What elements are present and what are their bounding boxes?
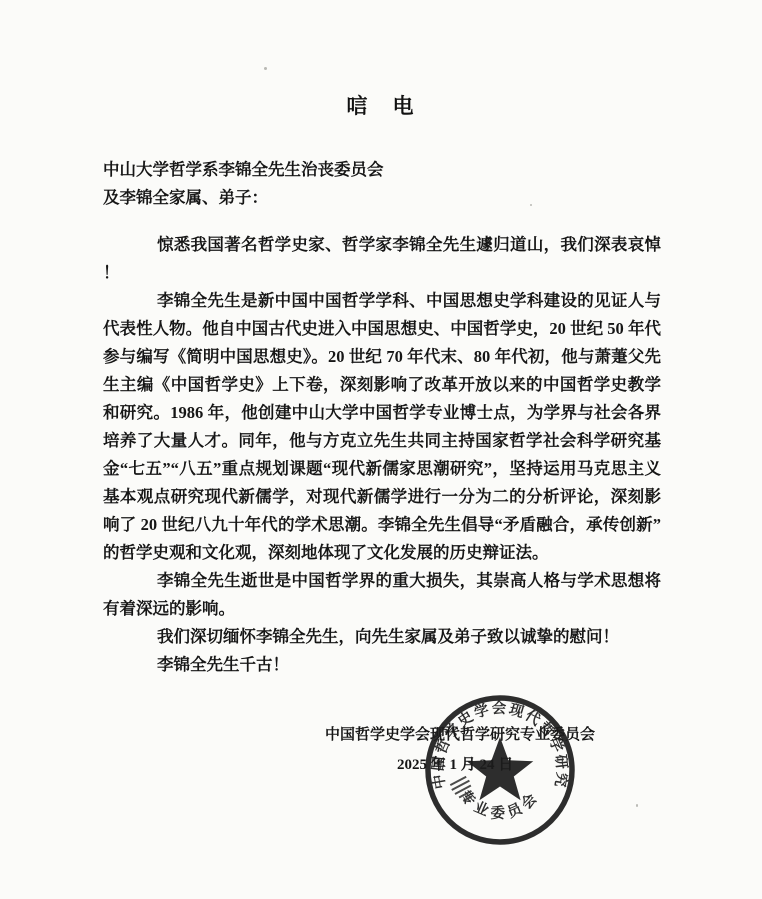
paragraph-condolence-opening: 惊悉我国著名哲学史家、哲学家李锦全先生遽归道山，我们深表哀悼！	[103, 231, 661, 287]
letter-body: 惊悉我国著名哲学史家、哲学家李锦全先生遽归道山，我们深表哀悼！ 李锦全先生是新中…	[103, 231, 661, 679]
paragraph-sympathy: 我们深切缅怀李锦全先生，向先生家属及弟子致以诚挚的慰问！	[103, 623, 661, 651]
paragraph-biography: 李锦全先生是新中国中国哲学学科、中国思想史学科建设的见证人与代表性人物。他自中国…	[103, 287, 661, 567]
star-icon	[467, 737, 534, 800]
document-page: 唁 电 中山大学哲学系李锦全先生治丧委员会 及李锦全家属、弟子： 惊悉我国著名哲…	[0, 0, 762, 899]
paragraph-farewell: 李锦全先生千古！	[103, 651, 661, 679]
paragraph-loss: 李锦全先生逝世是中国哲学界的重大损失，其崇高人格与学术思想将有着深远的影响。	[103, 567, 661, 623]
addressee-line-committee: 中山大学哲学系李锦全先生治丧委员会	[103, 156, 663, 184]
scan-speck	[636, 804, 638, 807]
addressee-block: 中山大学哲学系李锦全先生治丧委员会 及李锦全家属、弟子：	[103, 156, 663, 212]
scan-speck	[264, 67, 267, 70]
addressee-line-family: 及李锦全家属、弟子：	[103, 184, 663, 212]
official-seal-stamp: 中国哲学史学会现代哲学研究 专业委员会	[422, 692, 578, 848]
scan-speck	[530, 204, 532, 206]
document-title: 唁 电	[0, 90, 762, 120]
